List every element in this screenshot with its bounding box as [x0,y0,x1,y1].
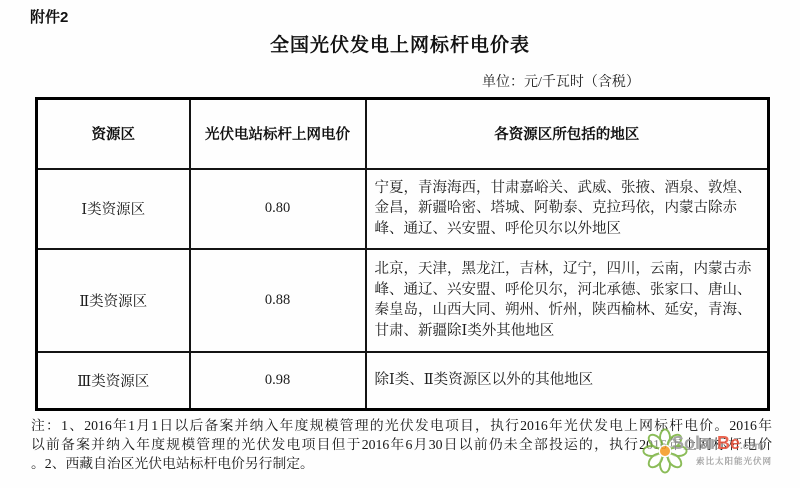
zone1-regions: 宁夏，青海海西，甘肃嘉峪关、武威、张掖、酒泉、敦煌、金昌，新疆哈密、塔城、阿勒泰… [366,169,769,249]
attachment-label: 附件2 [30,6,68,27]
footnote-line: 。2、西藏自治区光伏电站标杆电价另行制定。 [31,454,772,473]
zone1-label: Ⅰ类资源区 [37,169,190,249]
table-header-row: 资源区 光伏电站标杆上网电价 各资源区所包括的地区 [37,99,769,169]
table-row-zone2: Ⅱ类资源区 0.88 北京，天津，黑龙江，吉林，辽宁，四川，云南，内蒙古赤峰、通… [37,249,769,352]
zone1-price: 0.80 [190,169,366,249]
zone2-label: Ⅱ类资源区 [37,249,190,352]
zone3-regions: 除Ⅰ类、Ⅱ类资源区以外的其他地区 [366,352,769,410]
footnote-line: 以前备案并纳入年度规模管理的光伏发电项目但于2016年6月30日以前仍未全部投运… [31,435,772,454]
zone2-price: 0.88 [190,249,366,352]
page-title: 全国光伏发电上网标杆电价表 [0,30,800,57]
col-header-resource-zone: 资源区 [37,99,190,169]
zone3-label: Ⅲ类资源区 [37,352,190,410]
zone2-regions: 北京，天津，黑龙江，吉林，辽宁，四川，云南，内蒙古赤峰、通辽、兴安盟、呼伦贝尔，… [366,249,769,352]
col-header-benchmark-price: 光伏电站标杆上网电价 [190,99,366,169]
unit-label: 单位：元/千瓦时（含税） [482,71,640,91]
col-header-included-regions: 各资源区所包括的地区 [366,99,769,169]
footnote: 注：1、2016年1月1日以后备案并纳入年度规模管理的光伏发电项目，执行2016… [31,416,772,473]
tariff-table: 资源区 光伏电站标杆上网电价 各资源区所包括的地区 Ⅰ类资源区 0.80 宁夏，… [35,97,770,411]
table-row-zone3: Ⅲ类资源区 0.98 除Ⅰ类、Ⅱ类资源区以外的其他地区 [37,352,769,410]
footnote-line: 注：1、2016年1月1日以后备案并纳入年度规模管理的光伏发电项目，执行2016… [31,416,772,435]
table-row-zone1: Ⅰ类资源区 0.80 宁夏，青海海西，甘肃嘉峪关、武威、张掖、酒泉、敦煌、金昌，… [37,169,769,249]
zone3-price: 0.98 [190,352,366,410]
